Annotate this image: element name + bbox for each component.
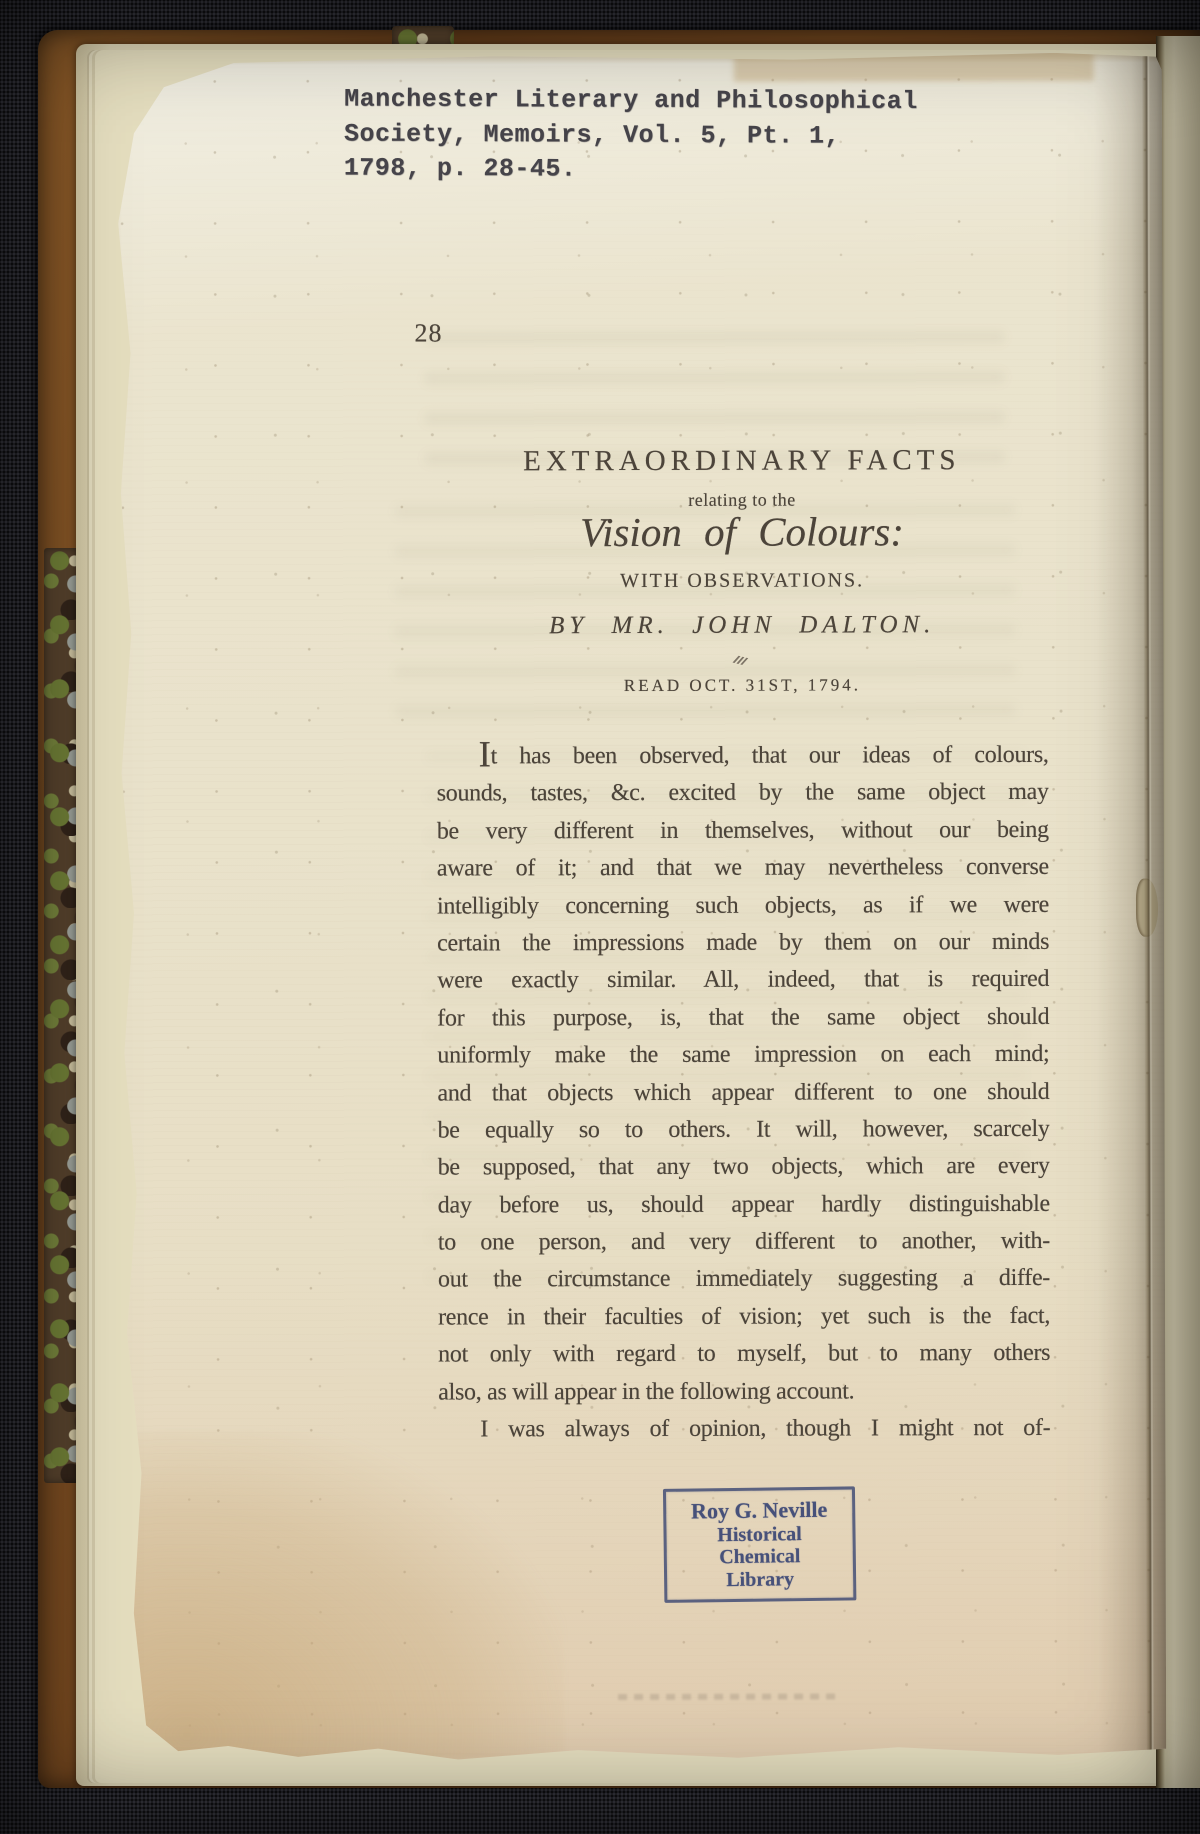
stamp-line: Chemical bbox=[719, 1545, 800, 1568]
page-number: 28 bbox=[414, 318, 442, 348]
body-line: aware of it; and that we may nevertheles… bbox=[437, 849, 1049, 888]
stamp-line: Historical bbox=[717, 1523, 802, 1546]
body-line: uniformly make the same impression on ea… bbox=[437, 1036, 1049, 1075]
body-line: be supposed, that any two objects, which… bbox=[438, 1148, 1050, 1187]
read-date-line: READ OCT. 31ST, 1794. bbox=[436, 675, 1048, 697]
article-title: EXTRAORDINARY FACTS bbox=[436, 444, 1048, 479]
body-line: for this purpose, is, that the same obje… bbox=[437, 999, 1049, 1038]
body-line: intelligibly concerning such objects, as… bbox=[437, 886, 1049, 925]
typewritten-citation: Manchester Literary and Philosophical So… bbox=[344, 83, 984, 189]
faint-offset-mark bbox=[618, 1693, 838, 1700]
body-line: sounds, tastes, &c. excited by the same … bbox=[437, 774, 1049, 813]
body-line: out the circumstance immediately suggest… bbox=[438, 1260, 1050, 1299]
article-subtitle: Vision of Colours: bbox=[436, 507, 1048, 557]
body-text: It has been observed, that our ideas of … bbox=[437, 737, 1051, 1449]
body-line: rence in their faculties of vision; yet … bbox=[438, 1298, 1050, 1337]
citation-line: 1798, p. 28-45. bbox=[344, 152, 984, 189]
body-line: and that objects which appear different … bbox=[437, 1073, 1049, 1112]
body-line-text: t has been observed, that our ideas of c… bbox=[491, 742, 1049, 769]
subtitle-observations: WITH OBSERVATIONS. bbox=[436, 569, 1048, 594]
body-line: also, as will appear in the following ac… bbox=[438, 1373, 1050, 1412]
body-line: It has been observed, that our ideas of … bbox=[437, 737, 1049, 776]
page-edge-tear bbox=[1136, 879, 1158, 937]
citation-line: Manchester Literary and Philosophical bbox=[344, 83, 984, 120]
body-line: be very different in themselves, without… bbox=[437, 812, 1049, 851]
body-line: certain the impressions made by them on … bbox=[437, 924, 1049, 963]
stamp-line: Roy G. Neville bbox=[691, 1498, 828, 1524]
library-ownership-stamp: Roy G. Neville Historical Chemical Libra… bbox=[663, 1486, 856, 1603]
author-byline: BY MR. JOHN DALTON. bbox=[436, 611, 1048, 641]
body-line: I was always of opinion, though I might … bbox=[438, 1410, 1050, 1449]
body-line: day before us, should appear hardly dist… bbox=[438, 1186, 1050, 1225]
body-line: not only with regard to myself, but to m… bbox=[438, 1335, 1050, 1374]
corner-stain bbox=[103, 1430, 564, 1761]
stamp-line: Library bbox=[726, 1568, 794, 1591]
showthrough-smudge bbox=[424, 313, 1004, 465]
citation-line: Society, Memoirs, Vol. 5, Pt. 1, bbox=[344, 117, 984, 154]
body-line: were exactly similar. All, indeed, that … bbox=[437, 961, 1049, 1000]
body-line: to one person, and very different to ano… bbox=[438, 1223, 1050, 1262]
scanned-book-photo: Manchester Literary and Philosophical So… bbox=[0, 0, 1200, 1834]
initial-capital: I bbox=[479, 737, 491, 775]
stray-ink-marks bbox=[731, 649, 753, 663]
body-line: be equally so to others. It will, howeve… bbox=[438, 1111, 1050, 1150]
scanned-page: Manchester Literary and Philosophical So… bbox=[94, 51, 1166, 1766]
